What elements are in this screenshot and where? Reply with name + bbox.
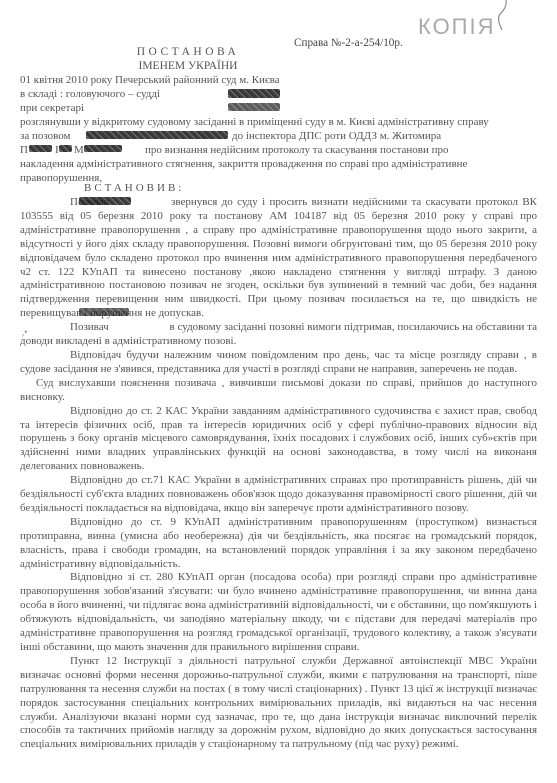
intro-line-3a: П [20, 144, 28, 156]
intro-line-3d: про визнання недійсним протоколу та скас… [145, 144, 448, 156]
copy-stamp: КОПІЯ [418, 14, 496, 40]
intro-line-2b: до інспектора ДПС роти ОДДЗ м. Житомира [232, 130, 441, 142]
paragraph-defendant-absent: Відповідач будучи належним чином повідом… [20, 349, 537, 377]
paragraph-kupap-art9: Відповідно до ст. 9 КУпАП адміністративн… [20, 516, 537, 572]
redacted-inspector-patronymic [84, 145, 122, 152]
margin-mark: ,• [22, 327, 27, 337]
redacted-plaintiff-name-3 [79, 308, 129, 316]
redacted-plaintiff-name-2 [79, 197, 131, 205]
intro-line-2a: за позовом [20, 130, 71, 142]
paragraph-kas-art71: Відповідно до ст.71 КАС України в адміні… [20, 474, 537, 516]
established-heading: ВСТАНОВИВ: [84, 182, 184, 194]
composition-line: в складі : головуючого – судді [20, 88, 160, 100]
intro-line-3c: М [74, 144, 84, 156]
intro-line-1: розглянувши у відкритому судовому засіда… [20, 116, 537, 128]
redacted-judge-name [228, 89, 280, 98]
redacted-inspector-surname [29, 145, 52, 152]
paragraph-court-conclusion: Суд вислухавши пояснення позивача , вивч… [20, 377, 537, 405]
paragraph-instruction-p12: Пункт 12 Інструкції з діяльності патруль… [20, 655, 537, 752]
paragraph-plaintiff-support: Позивач в судовому засіданні позовні вим… [20, 321, 537, 349]
redacted-secretary-name [228, 103, 280, 111]
intro-line-4: накладення адміністративного стягнення, … [20, 158, 537, 170]
date-court-line: 01 квітня 2010 року Печерський районний … [20, 74, 280, 86]
document-subtitle: ІМЕНЕМ УКРАЇНИ [8, 60, 368, 72]
document-title: ПОСТАНОВА [8, 46, 368, 58]
paragraph-kupap-art280: Відповідно зі ст. 280 КУпАП орган (посад… [20, 571, 537, 654]
body-paragraphs: Позивач звернувся до суду і просить визн… [20, 196, 537, 752]
secretary-line: при секретарі [20, 102, 84, 114]
redacted-plaintiff-name [86, 131, 228, 139]
redacted-inspector-name [59, 145, 72, 152]
paragraph-claim: Позивач звернувся до суду і просить визн… [20, 196, 537, 321]
paragraph-kas-art2: Відповідно до ст. 2 КАС України завдання… [20, 405, 537, 475]
document-page: КОПІЯ Справа №-2-а-254/10р. ПОСТАНОВА ІМ… [0, 0, 557, 783]
